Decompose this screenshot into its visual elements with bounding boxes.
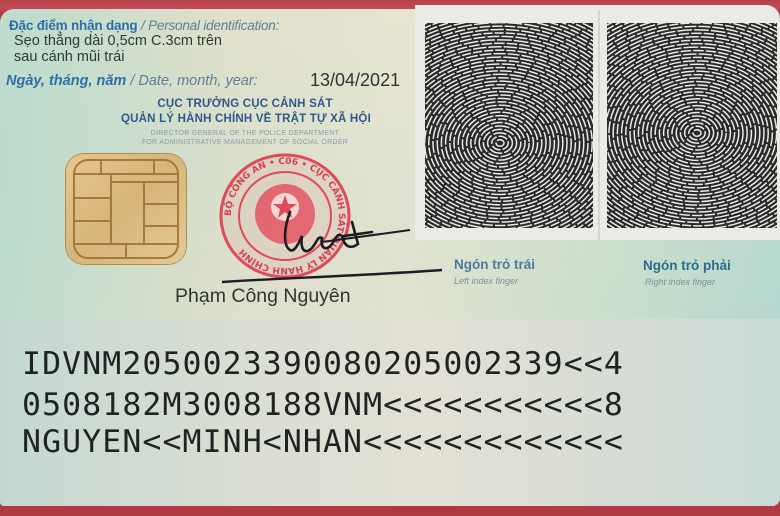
fingerprint-divider: [598, 10, 600, 240]
right-index-label-en: Right index finger: [645, 277, 715, 287]
left-index-fingerprint-image: [425, 23, 593, 228]
right-index-fingerprint-image: [607, 23, 777, 228]
mrz-line-2: 0508182M3008188VNM<<<<<<<<<<<8: [22, 387, 624, 423]
signer-name: Phạm Công Nguyên: [175, 285, 351, 308]
left-index-label-vi: Ngón trỏ trái: [454, 257, 535, 272]
right-index-label-vi: Ngón trỏ phải: [643, 258, 731, 273]
mrz-line-3: NGUYEN<<MINH<NHAN<<<<<<<<<<<<<: [22, 424, 624, 460]
mrz-line-1: IDVNM2050023390080205002339<<4: [22, 346, 624, 382]
left-index-label-en: Left index finger: [454, 276, 518, 286]
